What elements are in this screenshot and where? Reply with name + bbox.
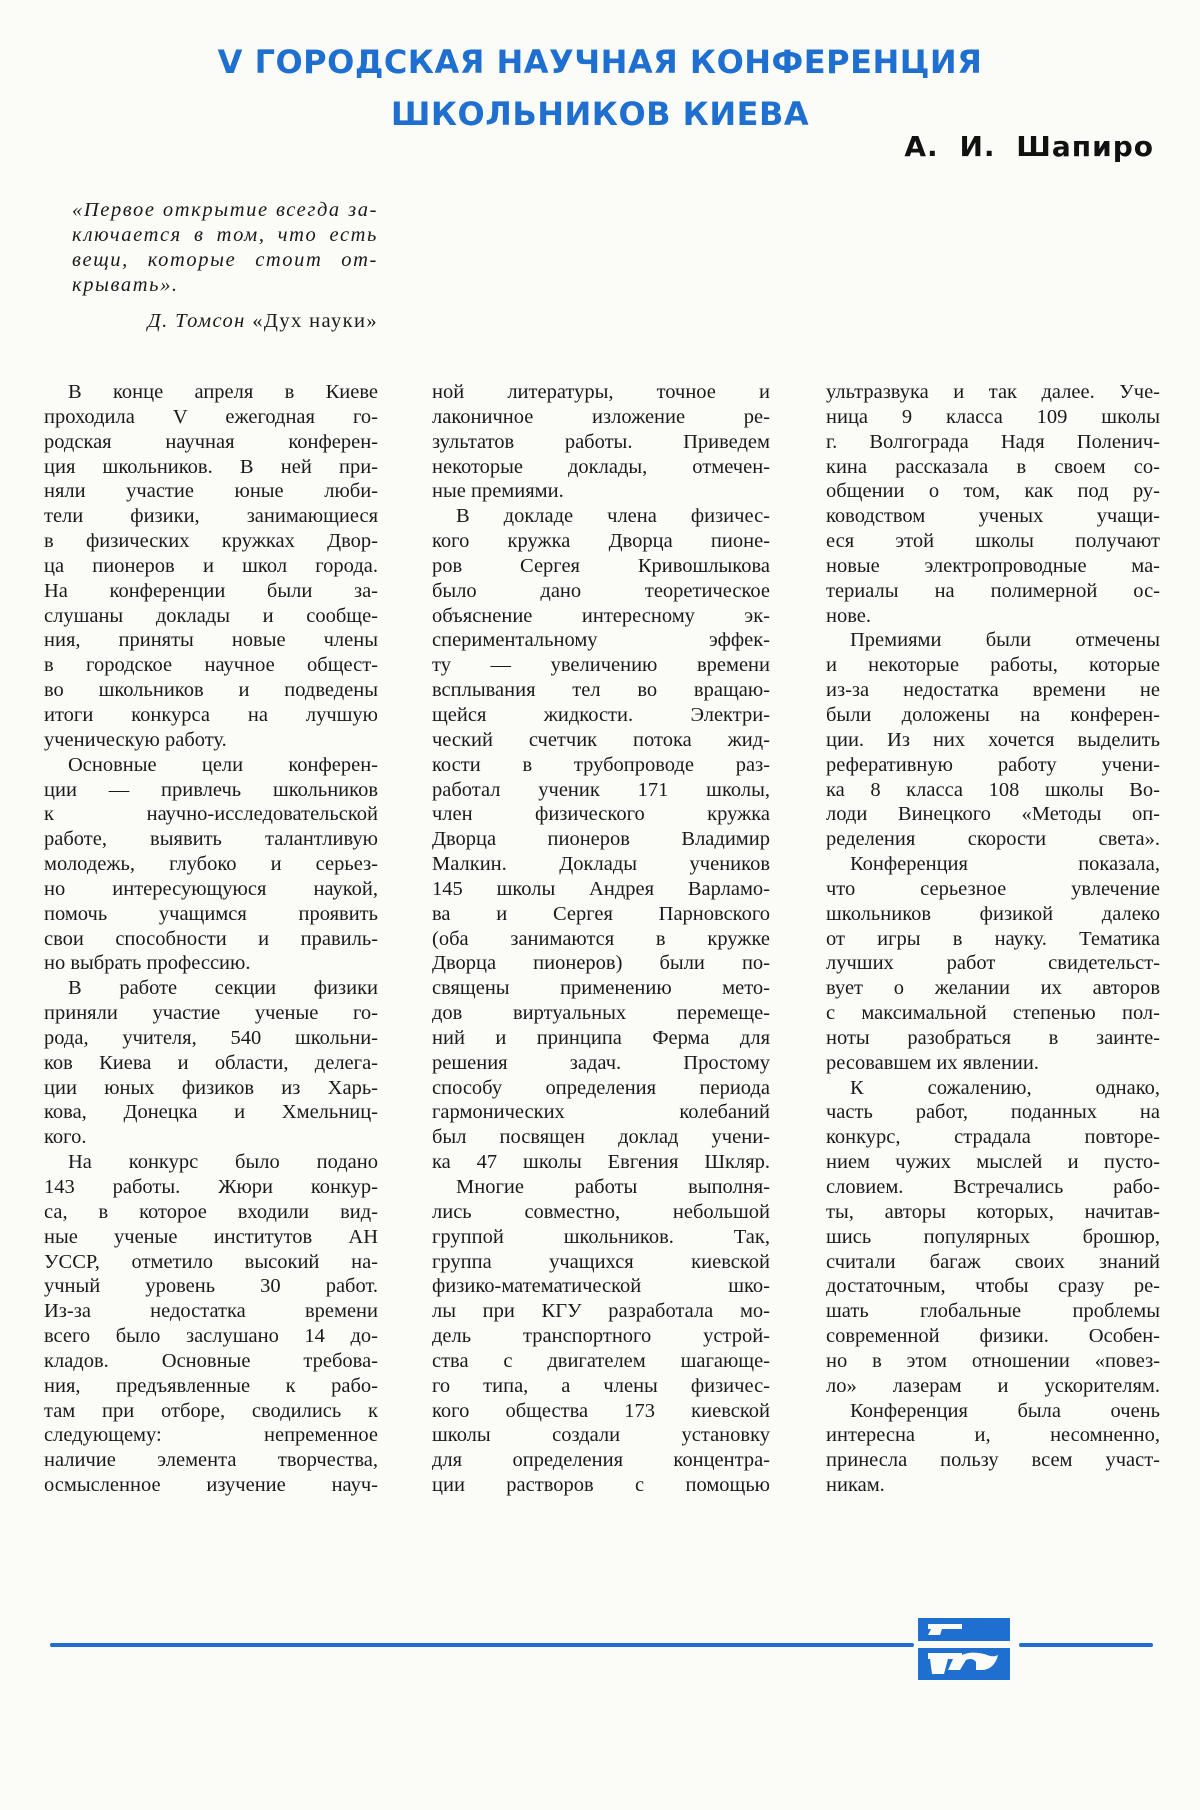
text-line: молодежь, глубоко и серьез- bbox=[44, 852, 378, 877]
text-line: учный уровень 30 работ. bbox=[44, 1274, 378, 1299]
author-name: А. И. Шапиро bbox=[904, 130, 1154, 163]
epigraph-line: крывать». bbox=[72, 273, 378, 298]
text-line: словием. Встречались рабо- bbox=[826, 1175, 1160, 1200]
text-line: некоторые доклады, отмечен- bbox=[432, 455, 770, 480]
text-line: Многие работы выполня- bbox=[432, 1175, 770, 1200]
text-line: ния, приняты новые члены bbox=[44, 628, 378, 653]
text-line: ства с двигателем шагающе- bbox=[432, 1349, 770, 1374]
text-line: ноты разобраться в заинте- bbox=[826, 1026, 1160, 1051]
text-line: шать глобальные проблемы bbox=[826, 1299, 1160, 1324]
text-line: всего было заслушано 14 до- bbox=[44, 1324, 378, 1349]
text-line: В конце апреля в Киеве bbox=[44, 380, 378, 405]
text-line: группой школьников. Так, bbox=[432, 1225, 770, 1250]
text-line: В докладе члена физичес- bbox=[432, 504, 770, 529]
text-line: конкурс, страдала повторе- bbox=[826, 1125, 1160, 1150]
text-line: во школьников и подведены bbox=[44, 678, 378, 703]
text-line: но интересующуюся наукой, bbox=[44, 877, 378, 902]
text-line: работал ученик 171 школы, bbox=[432, 778, 770, 803]
epigraph-line: «Первое открытие всегда за- bbox=[72, 198, 378, 223]
text-line: школьников физикой далеко bbox=[826, 902, 1160, 927]
text-line: но в этом отношении «повез- bbox=[826, 1349, 1160, 1374]
text-line: шись популярных брошюр, bbox=[826, 1225, 1160, 1250]
text-line: в физических кружках Двор- bbox=[44, 529, 378, 554]
text-line: спериментальному эффек- bbox=[432, 628, 770, 653]
text-line: На конференции были за- bbox=[44, 579, 378, 604]
text-line: ции. Из них хочется выделить bbox=[826, 728, 1160, 753]
article-title: V ГОРОДСКАЯ НАУЧНАЯ КОНФЕРЕНЦИЯ ШКОЛЬНИК… bbox=[0, 36, 1200, 140]
text-line: ния, предъявленные к рабо- bbox=[44, 1374, 378, 1399]
epigraph-source-author: Д. Томсон bbox=[148, 310, 246, 332]
text-line: считали багаж своих знаний bbox=[826, 1250, 1160, 1275]
text-line: кого. bbox=[44, 1125, 378, 1150]
text-line: рода, учителя, 540 школьни- bbox=[44, 1026, 378, 1051]
text-line: итоги конкурса на лучшую bbox=[44, 703, 378, 728]
text-line: но выбрать профессию. bbox=[44, 951, 378, 976]
text-line: Основные цели конферен- bbox=[44, 753, 378, 778]
text-line: няли участие юные люби- bbox=[44, 479, 378, 504]
text-line: го типа, а члены физичес- bbox=[432, 1374, 770, 1399]
text-line: общении о том, как под ру- bbox=[826, 479, 1160, 504]
text-line: в городское научное общест- bbox=[44, 653, 378, 678]
text-column-1: В конце апреля в Киевепроходила V ежегод… bbox=[44, 380, 378, 1498]
text-line: с максимальной степенью пол- bbox=[826, 1001, 1160, 1026]
text-line: наличие элемента творчества, bbox=[44, 1448, 378, 1473]
text-line: способу определения периода bbox=[432, 1076, 770, 1101]
text-line: К сожалению, однако, bbox=[826, 1076, 1160, 1101]
text-line: кина рассказала в своем со- bbox=[826, 455, 1160, 480]
text-line: часть работ, поданных на bbox=[826, 1100, 1160, 1125]
epigraph-line: вещи, которые стоит от- bbox=[72, 248, 378, 273]
text-line: школы создали установку bbox=[432, 1423, 770, 1448]
text-line: следующему: непременное bbox=[44, 1423, 378, 1448]
text-line: ница 9 класса 109 школы bbox=[826, 405, 1160, 430]
text-line: тели физики, занимающиеся bbox=[44, 504, 378, 529]
text-line: щейся жидкости. Электри- bbox=[432, 703, 770, 728]
text-line: там при отборе, сводились к bbox=[44, 1399, 378, 1424]
text-line: лаконичное изложение ре- bbox=[432, 405, 770, 430]
text-line: для определения концентра- bbox=[432, 1448, 770, 1473]
text-line: лоди Винецкого «Методы оп- bbox=[826, 802, 1160, 827]
footer-rule-left bbox=[50, 1643, 914, 1647]
text-line: приняли участие ученые го- bbox=[44, 1001, 378, 1026]
text-line: ресовавшем их явлении. bbox=[826, 1051, 1160, 1076]
text-line: ной литературы, точное и bbox=[432, 380, 770, 405]
text-line: кладов. Основные требова- bbox=[44, 1349, 378, 1374]
text-line: родская научная конферен- bbox=[44, 430, 378, 455]
text-line: ний и принципа Ферма для bbox=[432, 1026, 770, 1051]
epigraph-source-title: «Дух науки» bbox=[252, 310, 378, 332]
text-line: вует о желании их авторов bbox=[826, 976, 1160, 1001]
text-line: ка 47 школы Евгения Шкляр. bbox=[432, 1150, 770, 1175]
text-line: ты, авторы которых, начитав- bbox=[826, 1200, 1160, 1225]
text-line: член физического кружка bbox=[432, 802, 770, 827]
text-line: и некоторые работы, которые bbox=[826, 653, 1160, 678]
text-line: ца пионеров и школ города. bbox=[44, 554, 378, 579]
text-line: дов виртуальных перемеще- bbox=[432, 1001, 770, 1026]
epigraph-source: Д. Томсон «Дух науки» bbox=[72, 309, 378, 335]
epigraph-line: ключается в том, что есть bbox=[72, 223, 378, 248]
text-line: современной физики. Особен- bbox=[826, 1324, 1160, 1349]
text-line: помочь учащимся проявить bbox=[44, 902, 378, 927]
text-line: кого общества 173 киевской bbox=[432, 1399, 770, 1424]
text-line: из-за недостатка времени не bbox=[826, 678, 1160, 703]
text-line: ученическую работу. bbox=[44, 728, 378, 753]
text-line: ределения скорости света». bbox=[826, 827, 1160, 852]
text-line: физико-математической шко- bbox=[432, 1274, 770, 1299]
text-line: Конференция показала, bbox=[826, 852, 1160, 877]
text-column-3: ультразвука и так далее. Уче-ница 9 клас… bbox=[826, 380, 1160, 1498]
text-line: териалы на полимерной ос- bbox=[826, 579, 1160, 604]
text-line: ные ученые институтов АН bbox=[44, 1225, 378, 1250]
text-line: нием чужих мыслей и пусто- bbox=[826, 1150, 1160, 1175]
text-line: кова, Донецка и Хмельниц- bbox=[44, 1100, 378, 1125]
text-line: дель транспортного устрой- bbox=[432, 1324, 770, 1349]
text-line: интересна и, несомненно, bbox=[826, 1423, 1160, 1448]
text-line: решения задач. Простому bbox=[432, 1051, 770, 1076]
text-line: всплывания тел во вращаю- bbox=[432, 678, 770, 703]
text-line: ков Киева и области, делега- bbox=[44, 1051, 378, 1076]
text-line: Дворца пионеров) были по- bbox=[432, 951, 770, 976]
text-line: что серьезное увлечение bbox=[826, 877, 1160, 902]
text-line: были доложены на конферен- bbox=[826, 703, 1160, 728]
text-line: В работе секции физики bbox=[44, 976, 378, 1001]
text-line: г. Волгограда Надя Поленич- bbox=[826, 430, 1160, 455]
text-line: ции юных физиков из Харь- bbox=[44, 1076, 378, 1101]
text-line: 143 работы. Жюри конкур- bbox=[44, 1175, 378, 1200]
text-line: от игры в науку. Тематика bbox=[826, 927, 1160, 952]
footer-rule-right bbox=[1019, 1643, 1153, 1647]
text-line: 145 школы Андрея Варламо- bbox=[432, 877, 770, 902]
text-line: работе, выявить талантливую bbox=[44, 827, 378, 852]
text-line: ло» лазерам и ускорителям. bbox=[826, 1374, 1160, 1399]
text-line: священы применению мето- bbox=[432, 976, 770, 1001]
text-line: гармонических колебаний bbox=[432, 1100, 770, 1125]
text-line: ка 8 класса 108 школы Во- bbox=[826, 778, 1160, 803]
text-column-2: ной литературы, точное илаконичное излож… bbox=[432, 380, 770, 1498]
text-line: ту — увеличению времени bbox=[432, 653, 770, 678]
text-line: ческий счетчик потока жид- bbox=[432, 728, 770, 753]
text-line: ция школьников. В ней при- bbox=[44, 455, 378, 480]
text-line: ные премиями. bbox=[432, 479, 770, 504]
title-line-1: V ГОРОДСКАЯ НАУЧНАЯ КОНФЕРЕНЦИЯ bbox=[0, 36, 1200, 88]
kvant-logo-icon bbox=[918, 1618, 1010, 1680]
text-line: На конкурс было подано bbox=[44, 1150, 378, 1175]
epigraph: «Первое открытие всегда за- ключается в … bbox=[72, 198, 378, 335]
text-line: ров Сергея Кривошлыкова bbox=[432, 554, 770, 579]
text-line: был посвящен доклад учени- bbox=[432, 1125, 770, 1150]
text-line: еся этой школы получают bbox=[826, 529, 1160, 554]
text-line: кого кружка Дворца пионе- bbox=[432, 529, 770, 554]
text-line: Конференция была очень bbox=[826, 1399, 1160, 1424]
text-line: (оба занимаются в кружке bbox=[432, 927, 770, 952]
text-line: ководством ученых учащи- bbox=[826, 504, 1160, 529]
text-line: свои способности и правиль- bbox=[44, 927, 378, 952]
text-line: нове. bbox=[826, 604, 1160, 629]
text-line: Премиями были отмечены bbox=[826, 628, 1160, 653]
text-line: ции — привлечь школьников bbox=[44, 778, 378, 803]
text-line: к научно-исследовательской bbox=[44, 802, 378, 827]
text-line: ва и Сергея Парновского bbox=[432, 902, 770, 927]
text-line: Из-за недостатка времени bbox=[44, 1299, 378, 1324]
text-line: проходила V ежегодная го- bbox=[44, 405, 378, 430]
text-line: кости в трубопроводе раз- bbox=[432, 753, 770, 778]
text-line: са, в которое входили вид- bbox=[44, 1200, 378, 1225]
text-line: ультразвука и так далее. Уче- bbox=[826, 380, 1160, 405]
text-line: достаточным, чтобы сразу ре- bbox=[826, 1274, 1160, 1299]
text-line: ции растворов с помощью bbox=[432, 1473, 770, 1498]
text-line: лись совместно, небольшой bbox=[432, 1200, 770, 1225]
text-line: группа учащихся киевской bbox=[432, 1250, 770, 1275]
text-line: лучших работ свидетельст- bbox=[826, 951, 1160, 976]
text-line: зультатов работы. Приведем bbox=[432, 430, 770, 455]
text-line: Дворца пионеров Владимир bbox=[432, 827, 770, 852]
text-line: осмысленное изучение науч- bbox=[44, 1473, 378, 1498]
text-line: принесла пользу всем участ- bbox=[826, 1448, 1160, 1473]
text-line: реферативную работу учени- bbox=[826, 753, 1160, 778]
text-line: УССР, отметило высокий на- bbox=[44, 1250, 378, 1275]
text-line: новые электропроводные ма- bbox=[826, 554, 1160, 579]
text-line: слушаны доклады и сообще- bbox=[44, 604, 378, 629]
text-line: лы при КГУ разработала мо- bbox=[432, 1299, 770, 1324]
text-line: Малкин. Доклады учеников bbox=[432, 852, 770, 877]
text-line: объяснение интересному эк- bbox=[432, 604, 770, 629]
text-line: никам. bbox=[826, 1473, 1160, 1498]
text-line: было дано теоретическое bbox=[432, 579, 770, 604]
